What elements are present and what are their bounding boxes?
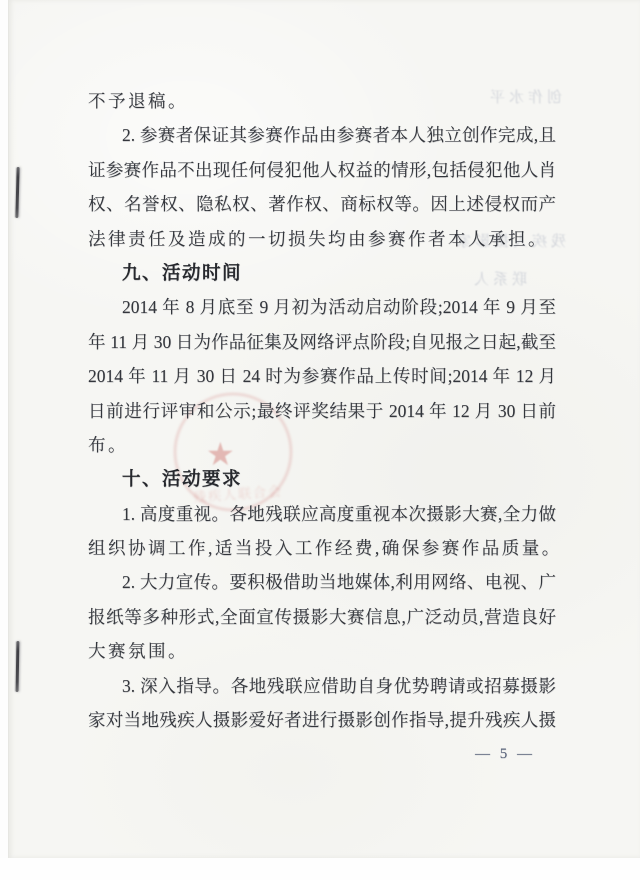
text-line: 大赛氛围。: [88, 634, 556, 668]
text-line: 3. 深入指导。各地残联应借助自身优势聘请或招募摄影专: [88, 669, 556, 703]
page-number: — 5 —: [455, 746, 555, 763]
text-line: 家对当地残疾人摄影爱好者进行摄影创作指导,提升残疾人摄影: [88, 703, 556, 737]
text-line: 2014 年 11 月 30 日 24 时为参赛作品上传时间;2014 年 12…: [88, 359, 556, 393]
section-heading-9: 九、活动时间: [88, 256, 556, 290]
text-line: 年 11 月 30 日为作品征集及网络评点阶段;自见报之日起,截至: [88, 325, 556, 359]
text-line: 法律责任及造成的一切损失均由参赛作者本人承担。: [88, 222, 556, 256]
document-body: 不予退稿。 2. 参赛者保证其参赛作品由参赛者本人独立创作完成,且保 证参赛作品…: [88, 84, 556, 737]
scan-edge-left: [0, 0, 8, 880]
text-line: 组织协调工作,适当投入工作经费,确保参赛作品质量。: [88, 531, 556, 565]
section-heading-10: 十、活动要求: [88, 462, 556, 496]
text-line: 2. 大力宣传。要积极借助当地媒体,利用网络、电视、广播、: [88, 565, 556, 599]
text-line: 证参赛作品不出现任何侵犯他人权益的情形,包括侵犯他人肖像: [88, 153, 556, 187]
text-line: 2014 年 8 月底至 9 月初为活动启动阶段;2014 年 9 月至 201…: [88, 290, 556, 324]
scanned-document-screenshot: { "document": { "lines": [ { "text": "不予…: [0, 0, 640, 880]
text-line: 权、名誉权、隐私权、著作权、商标权等。因上述侵权而产生的一切: [88, 187, 556, 221]
text-line: 1. 高度重视。各地残联应高度重视本次摄影大赛,全力做好: [88, 497, 556, 531]
text-line: 布。: [88, 428, 556, 462]
text-line: 报纸等多种形式,全面宣传摄影大赛信息,广泛动员,营造良好的: [88, 600, 556, 634]
text-line: 2. 参赛者保证其参赛作品由参赛者本人独立创作完成,且保: [88, 118, 556, 152]
text-line: 不予退稿。: [88, 84, 556, 118]
text-line: 日前进行评审和公示;最终评奖结果于 2014 年 12 月 30 日前公: [88, 394, 556, 428]
scan-edge-bottom: [0, 858, 640, 880]
